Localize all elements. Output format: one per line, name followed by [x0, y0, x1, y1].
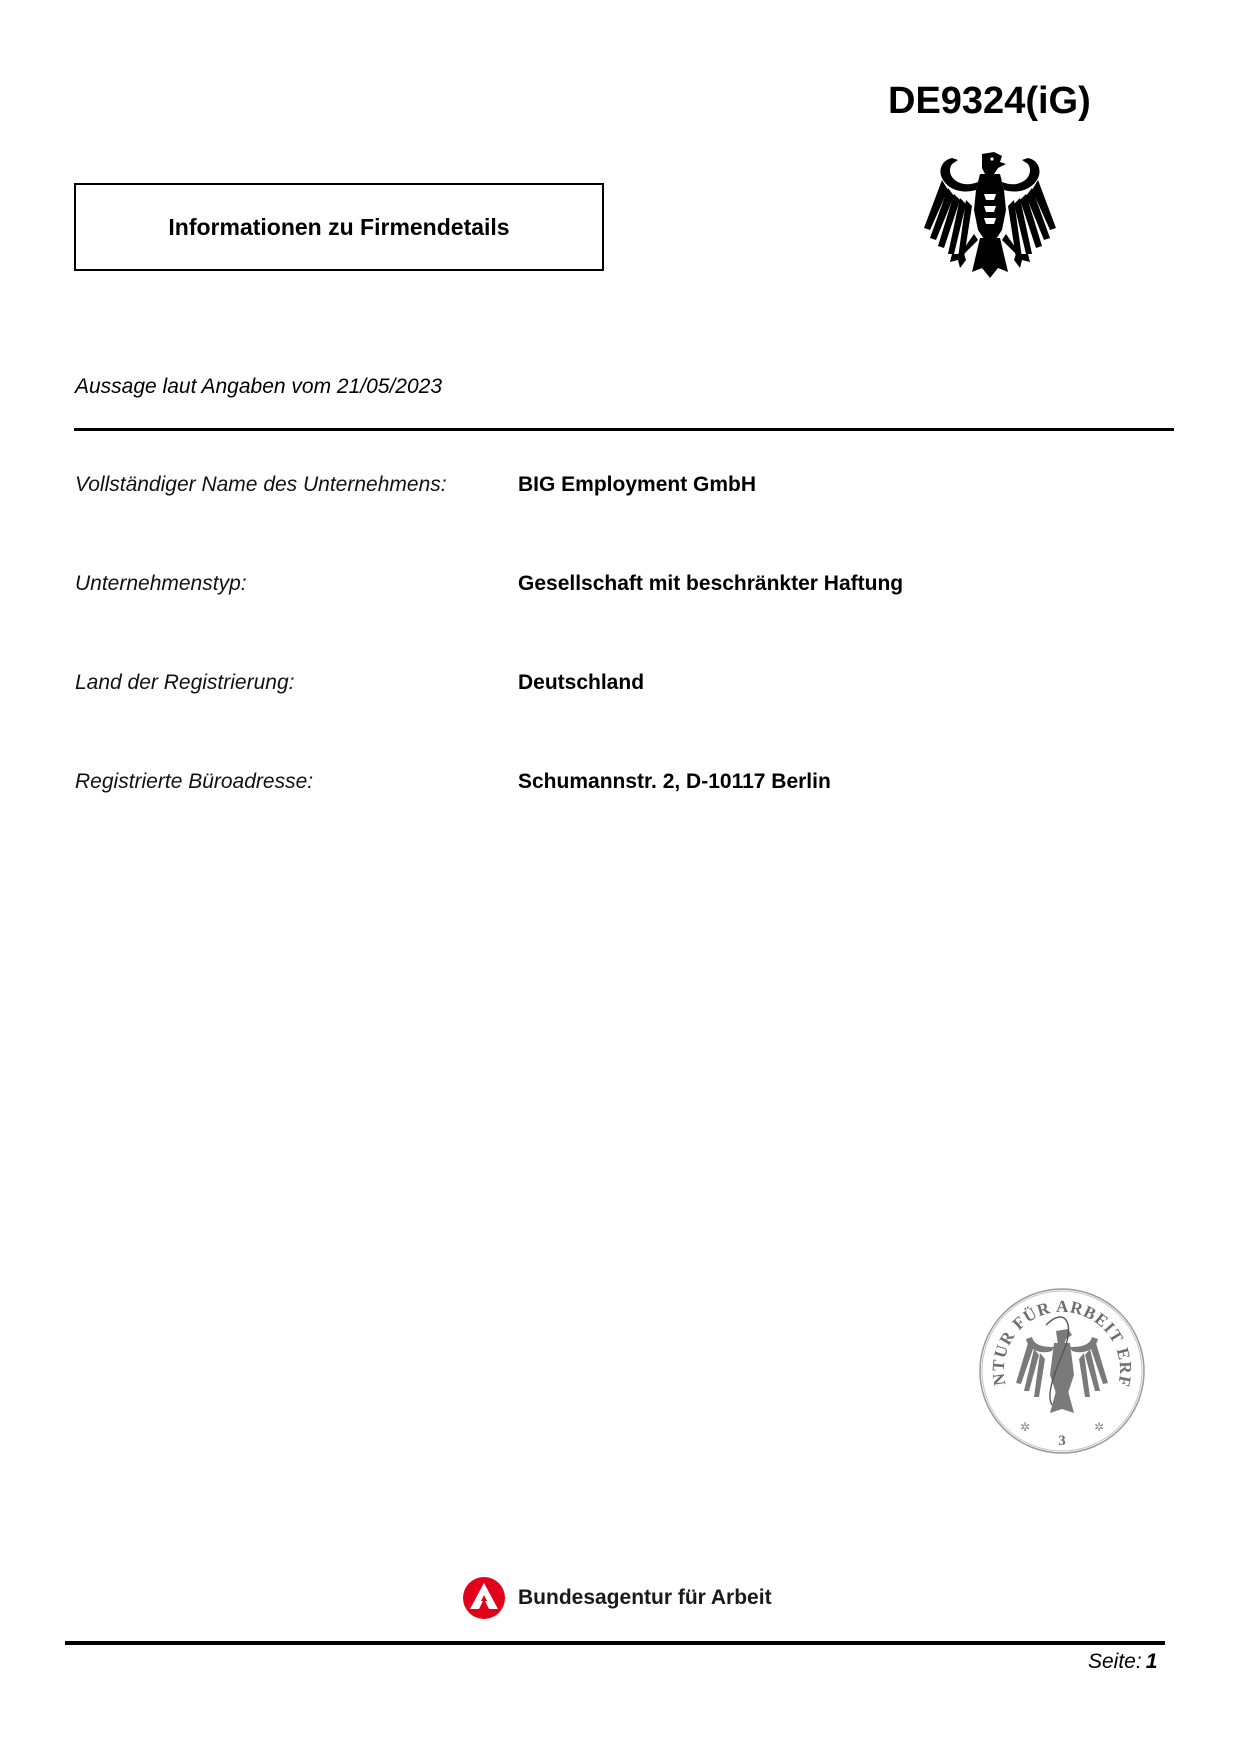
seal-number: 3	[1058, 1433, 1066, 1449]
divider-bottom	[65, 1641, 1165, 1645]
field-label-company-type: Unternehmenstyp:	[75, 572, 247, 596]
page-label: Seite:	[1088, 1650, 1142, 1673]
official-seal-icon: AGENTUR FÜR ARBEIT ERFURT ✲ ✲ 3	[976, 1285, 1148, 1457]
document-code: DE9324(iG)	[888, 80, 1091, 123]
field-value-company-name: BIG Employment GmbH	[518, 473, 756, 497]
bundesagentur-logo-icon	[462, 1576, 506, 1620]
field-value-country: Deutschland	[518, 671, 644, 695]
divider-top	[74, 428, 1174, 431]
field-label-country: Land der Registrierung:	[75, 671, 294, 695]
field-value-company-type: Gesellschaft mit beschränkter Haftung	[518, 572, 903, 596]
agency-name: Bundesagentur für Arbeit	[518, 1586, 772, 1610]
seal-star-right: ✲	[1094, 1420, 1104, 1434]
page-title: Informationen zu Firmendetails	[168, 214, 509, 241]
page-number: Seite:1	[1088, 1650, 1157, 1674]
page-number-value: 1	[1146, 1650, 1158, 1673]
field-value-office-address: Schumannstr. 2, D-10117 Berlin	[518, 770, 831, 794]
seal-star-left: ✲	[1020, 1420, 1030, 1434]
footer-logo: Bundesagentur für Arbeit	[462, 1576, 772, 1620]
field-label-office-address: Registrierte Büroadresse:	[75, 770, 313, 794]
field-label-company-name: Vollständiger Name des Unternehmens:	[75, 473, 447, 497]
federal-eagle-icon	[922, 150, 1058, 282]
statement-date: Aussage laut Angaben vom 21/05/2023	[75, 375, 442, 399]
title-box: Informationen zu Firmendetails	[74, 183, 604, 271]
